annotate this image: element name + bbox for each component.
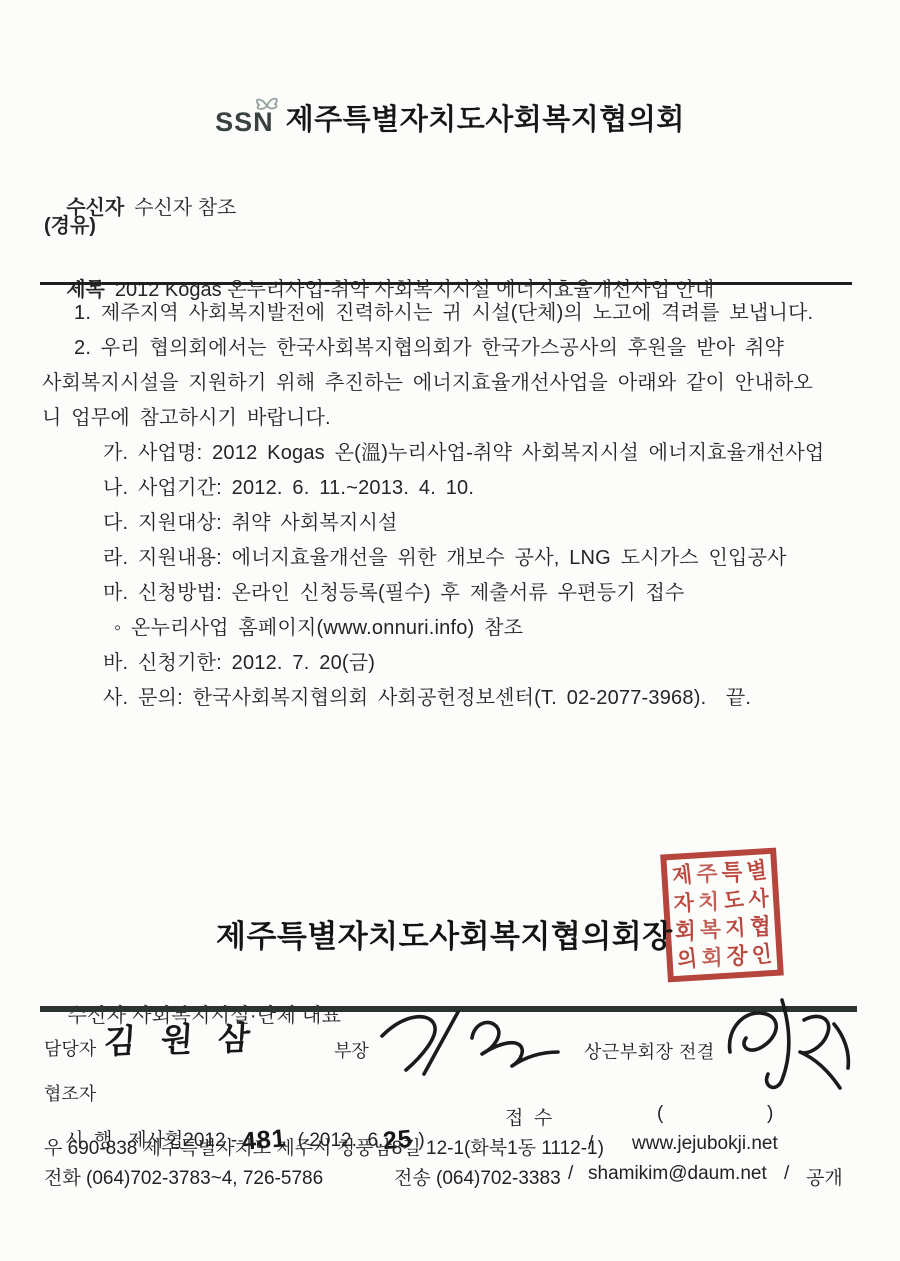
manager-label: 부장 <box>334 1037 369 1063</box>
seal-character: 치 <box>695 887 722 916</box>
receipt-label: 접 수 <box>505 1103 552 1130</box>
seal-character: 제 <box>668 859 696 891</box>
final-approver-label: 상근부회장 전결 <box>584 1038 715 1064</box>
item-ga: 가. 사업명: 2012 Kogas 온(溫)누리사업-취약 사회복지시설 에너… <box>42 436 858 471</box>
logo-text: SSN <box>215 107 274 137</box>
subject-divider <box>40 282 852 285</box>
staff-handwritten-name: 김 원 삼 <box>103 1012 260 1063</box>
letterhead: SSN 제주특별자치도사회복지협의회 <box>0 97 900 138</box>
item-ra: 라. 지원내용: 에너지효율개선을 위한 개보수 공사, LNG 도시가스 인입… <box>42 541 858 576</box>
item-ba: 바. 신청기한: 2012. 7. 20(금) <box>42 646 858 681</box>
seal-character: 별 <box>743 855 771 887</box>
seal-character: 특 <box>719 857 745 887</box>
seal-character: 복 <box>697 915 724 944</box>
website-url: www.jejubokji.net <box>632 1133 778 1155</box>
item-da: 다. 지원대상: 취약 사회복지시설 <box>42 506 858 541</box>
final-signature-scribble <box>716 994 866 1094</box>
receipt-paren-open: ( <box>657 1103 663 1125</box>
paragraph-2-line1: 2. 우리 협의회에서는 한국사회복지협의회가 한국가스공사의 후원을 받아 취… <box>42 331 858 366</box>
footer-slash-2: / <box>568 1163 573 1185</box>
address-row: 우 690-838 제주특별자치도 제주시 청풍남8길 12-1(화북1동 11… <box>44 1133 604 1160</box>
seal-character: 협 <box>747 911 773 941</box>
fax-number: 전송 (064)702-3383 <box>394 1163 561 1190</box>
seal-character: 회 <box>673 916 699 946</box>
org-name: 제주특별자치도사회복지협의회 <box>286 97 685 138</box>
seal-character: 인 <box>748 939 776 971</box>
via-row: (경유) <box>44 209 96 238</box>
official-seal-stamp: 제주특별자치도사회복지협의회장인 <box>660 848 784 983</box>
manager-signature-scribble <box>376 1008 566 1078</box>
ssn-logo: SSN <box>215 107 274 138</box>
item-na: 나. 사업기간: 2012. 6. 11.~2013. 4. 10. <box>42 471 858 506</box>
letter-body: 1. 제주지역 사회복지발전에 진력하시는 귀 시설(단체)의 노고에 격려를 … <box>42 296 858 716</box>
paragraph-2-line2: 사회복지시설을 지원하기 위해 추진하는 에너지효율개선사업을 아래와 같이 안… <box>42 366 858 401</box>
recipient-value: 수신자 참조 <box>134 197 236 219</box>
item-ma: 마. 신청방법: 온라인 신청등록(필수) 후 제출서류 우편등기 접수 <box>42 576 858 611</box>
item-note: ◦ 온누리사업 홈페이지(www.onnuri.info) 참조 <box>42 611 858 646</box>
seal-character: 자 <box>670 889 697 918</box>
phone-row: 전화 (064)702-3783~4, 726-5786 <box>44 1163 323 1190</box>
seal-character: 지 <box>722 913 749 942</box>
seal-character: 의 <box>673 943 701 975</box>
item-sa: 사. 문의: 한국사회복지협의회 사회공헌정보센터(T. 02-2077-396… <box>42 681 858 716</box>
footer-slash-3: / <box>784 1163 789 1185</box>
seal-character: 회 <box>699 943 726 972</box>
paragraph-2-line3: 니 업무에 참고하시기 바랍니다. <box>42 401 858 436</box>
seal-character: 주 <box>694 860 721 889</box>
address-slash: / <box>588 1133 593 1155</box>
chairman-title: 제주특별자치도사회복지협의회장 <box>216 911 673 956</box>
receipt-paren-close: ) <box>767 1103 773 1125</box>
paragraph-1: 1. 제주지역 사회복지발전에 진력하시는 귀 시설(단체)의 노고에 격려를 … <box>42 296 858 331</box>
email-address: shamikim@daum.net <box>588 1163 767 1185</box>
butterfly-icon <box>254 92 280 110</box>
staff-label: 담당자 <box>44 1035 96 1061</box>
disclosure-label: 공개 <box>806 1163 843 1190</box>
seal-character: 사 <box>745 884 772 913</box>
seal-character: 도 <box>720 884 748 916</box>
document-page: SSN 제주특별자치도사회복지협의회 수신자수신자 참조 (경유) 제목2012… <box>0 0 900 1261</box>
seal-character: 장 <box>724 941 750 971</box>
